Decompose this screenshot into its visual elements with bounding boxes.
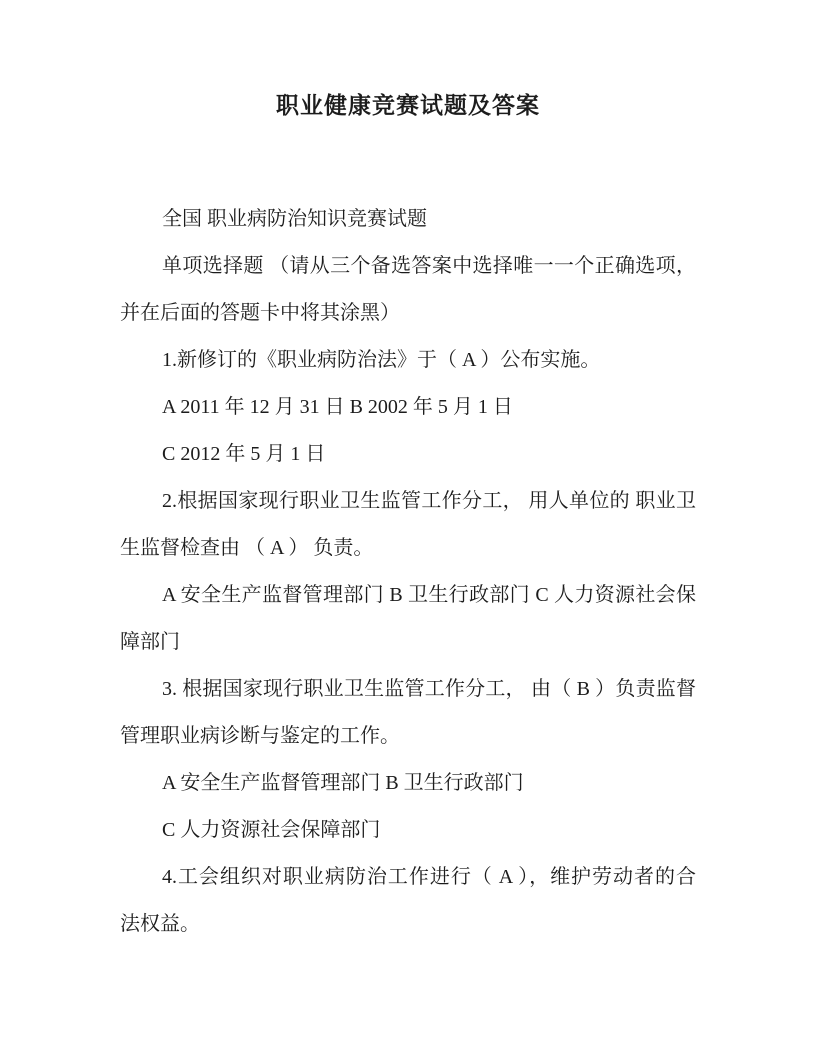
document-title: 职业健康竞赛试题及答案: [120, 84, 696, 128]
text-line: 法权益。: [120, 901, 696, 948]
text-line: 全国 职业病防治知识竞赛试题: [120, 196, 696, 243]
paragraph: 全国 职业病防治知识竞赛试题: [120, 196, 696, 243]
paragraph: C 2012 年 5 月 1 日: [120, 431, 696, 478]
text-line: 并在后面的答题卡中将其涂黑）: [120, 290, 696, 337]
text-line: C 2012 年 5 月 1 日: [120, 431, 696, 478]
document-page: 职业健康竞赛试题及答案 全国 职业病防治知识竞赛试题单项选择题 （请从三个备选答…: [0, 0, 816, 1056]
text-line: 4.工会组织对职业病防治工作进行（ A ），维护劳动者的合: [120, 854, 696, 901]
paragraph: 2.根据国家现行职业卫生监管工作分工， 用人单位的 职业卫生监督检查由 （ A …: [120, 478, 696, 572]
paragraph: 4.工会组织对职业病防治工作进行（ A ），维护劳动者的合法权益。: [120, 854, 696, 948]
text-line: A 安全生产监督管理部门 B 卫生行政部门 C 人力资源社会保: [120, 572, 696, 619]
text-line: C 人力资源社会保障部门: [120, 807, 696, 854]
text-line: 障部门: [120, 619, 696, 666]
text-line: 单项选择题 （请从三个备选答案中选择唯一一个正确选项，: [120, 243, 696, 290]
text-line: 1.新修订的《职业病防治法》于（ A ）公布实施。: [120, 337, 696, 384]
text-line: 2.根据国家现行职业卫生监管工作分工， 用人单位的 职业卫: [120, 478, 696, 525]
text-line: A 安全生产监督管理部门 B 卫生行政部门: [120, 760, 696, 807]
text-line: 3. 根据国家现行职业卫生监管工作分工， 由（ B ）负责监督: [120, 666, 696, 713]
paragraph: C 人力资源社会保障部门: [120, 807, 696, 854]
document-body: 全国 职业病防治知识竞赛试题单项选择题 （请从三个备选答案中选择唯一一个正确选项…: [120, 196, 696, 948]
paragraph: 3. 根据国家现行职业卫生监管工作分工， 由（ B ）负责监督管理职业病诊断与鉴…: [120, 666, 696, 760]
text-line: A 2011 年 12 月 31 日 B 2002 年 5 月 1 日: [120, 384, 696, 431]
title-body-gap: [120, 128, 696, 196]
paragraph: A 安全生产监督管理部门 B 卫生行政部门: [120, 760, 696, 807]
paragraph: A 安全生产监督管理部门 B 卫生行政部门 C 人力资源社会保障部门: [120, 572, 696, 666]
paragraph: 1.新修订的《职业病防治法》于（ A ）公布实施。: [120, 337, 696, 384]
text-line: 管理职业病诊断与鉴定的工作。: [120, 713, 696, 760]
paragraph: 单项选择题 （请从三个备选答案中选择唯一一个正确选项，并在后面的答题卡中将其涂黑…: [120, 243, 696, 337]
paragraph: A 2011 年 12 月 31 日 B 2002 年 5 月 1 日: [120, 384, 696, 431]
text-line: 生监督检查由 （ A ） 负责。: [120, 525, 696, 572]
